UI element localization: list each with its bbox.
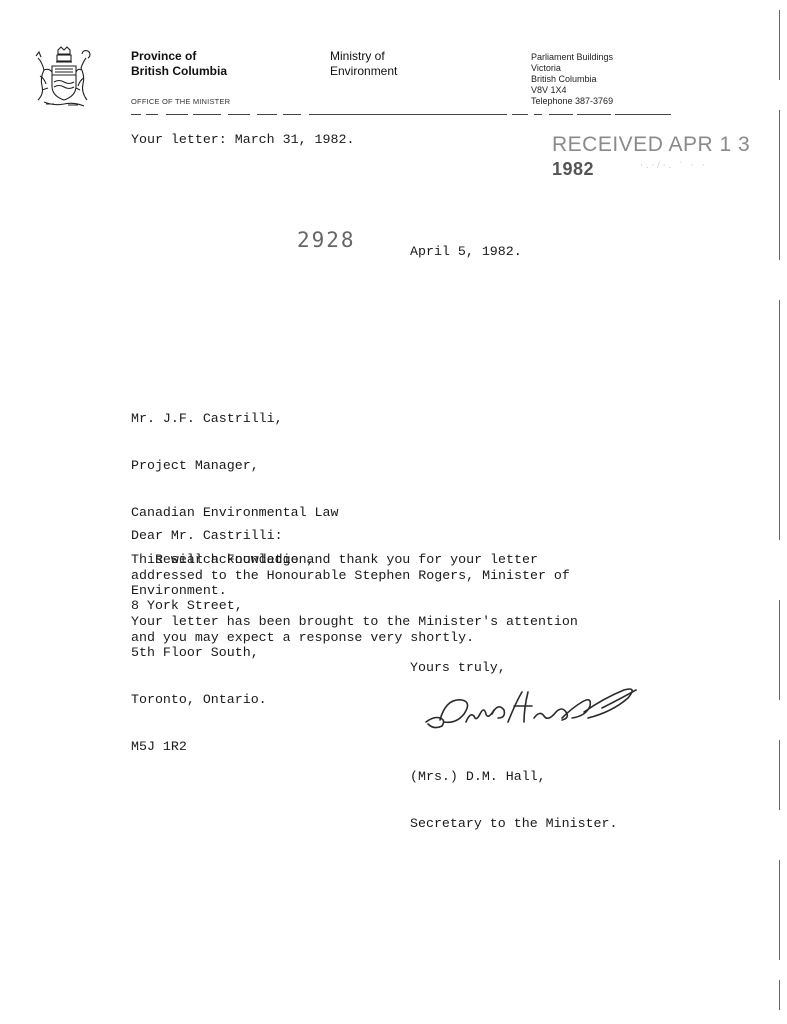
letter-date: April 5, 1982. (410, 244, 522, 260)
handwritten-signature-icon (422, 682, 652, 738)
signatory-name: (Mrs.) D.M. Hall, (410, 769, 617, 785)
signatory-block: (Mrs.) D.M. Hall, Secretary to the Minis… (410, 738, 617, 847)
salutation: Dear Mr. Castrilli: (131, 528, 283, 544)
stamp-smudge: ·.·/·. ˙ · · (640, 160, 708, 170)
file-number: 2928 (297, 228, 356, 252)
recipient-line: M5J 1R2 (131, 739, 338, 755)
ministry-address: Parliament Buildings Victoria British Co… (531, 52, 613, 107)
signatory-title: Secretary to the Minister. (410, 816, 617, 832)
recipient-line: Canadian Environmental Law (131, 505, 338, 521)
body-paragraph: Your letter has been brought to the Mini… (131, 614, 578, 645)
recipient-line: Project Manager, (131, 458, 338, 474)
received-stamp: RECEIVED APR 1 3 1982 (552, 133, 787, 181)
recipient-line: Mr. J.F. Castrilli, (131, 411, 338, 427)
telephone: Telephone 387-3769 (531, 96, 613, 107)
reference-line: Your letter: March 31, 1982. (131, 132, 354, 148)
recipient-line: 5th Floor South, (131, 645, 338, 661)
received-stamp-text: RECEIVED APR 1 3 (552, 133, 750, 156)
recipient-line: 8 York Street, (131, 598, 338, 614)
body-paragraph: This will acknowledge and thank you for … (131, 552, 570, 599)
ministry-name: Ministry of Environment (330, 49, 397, 79)
province-line1: Province of (131, 49, 227, 64)
scan-edge-line (779, 0, 781, 1024)
province-name: Province of British Columbia (131, 49, 227, 79)
address-line: V8V 1X4 (531, 85, 613, 96)
received-stamp-year: 1982 (552, 159, 594, 179)
ministry-line1: Ministry of (330, 49, 397, 64)
province-line2: British Columbia (131, 64, 227, 79)
office-label: OFFICE OF THE MINISTER (131, 97, 230, 106)
address-line: Parliament Buildings (531, 52, 613, 63)
ministry-line2: Environment (330, 64, 397, 79)
closing: Yours truly, (410, 660, 506, 676)
recipient-line: Toronto, Ontario. (131, 692, 338, 708)
coat-of-arms-icon (30, 46, 96, 108)
letterhead-divider (131, 114, 671, 115)
address-line: Victoria (531, 63, 613, 74)
address-line: British Columbia (531, 74, 613, 85)
